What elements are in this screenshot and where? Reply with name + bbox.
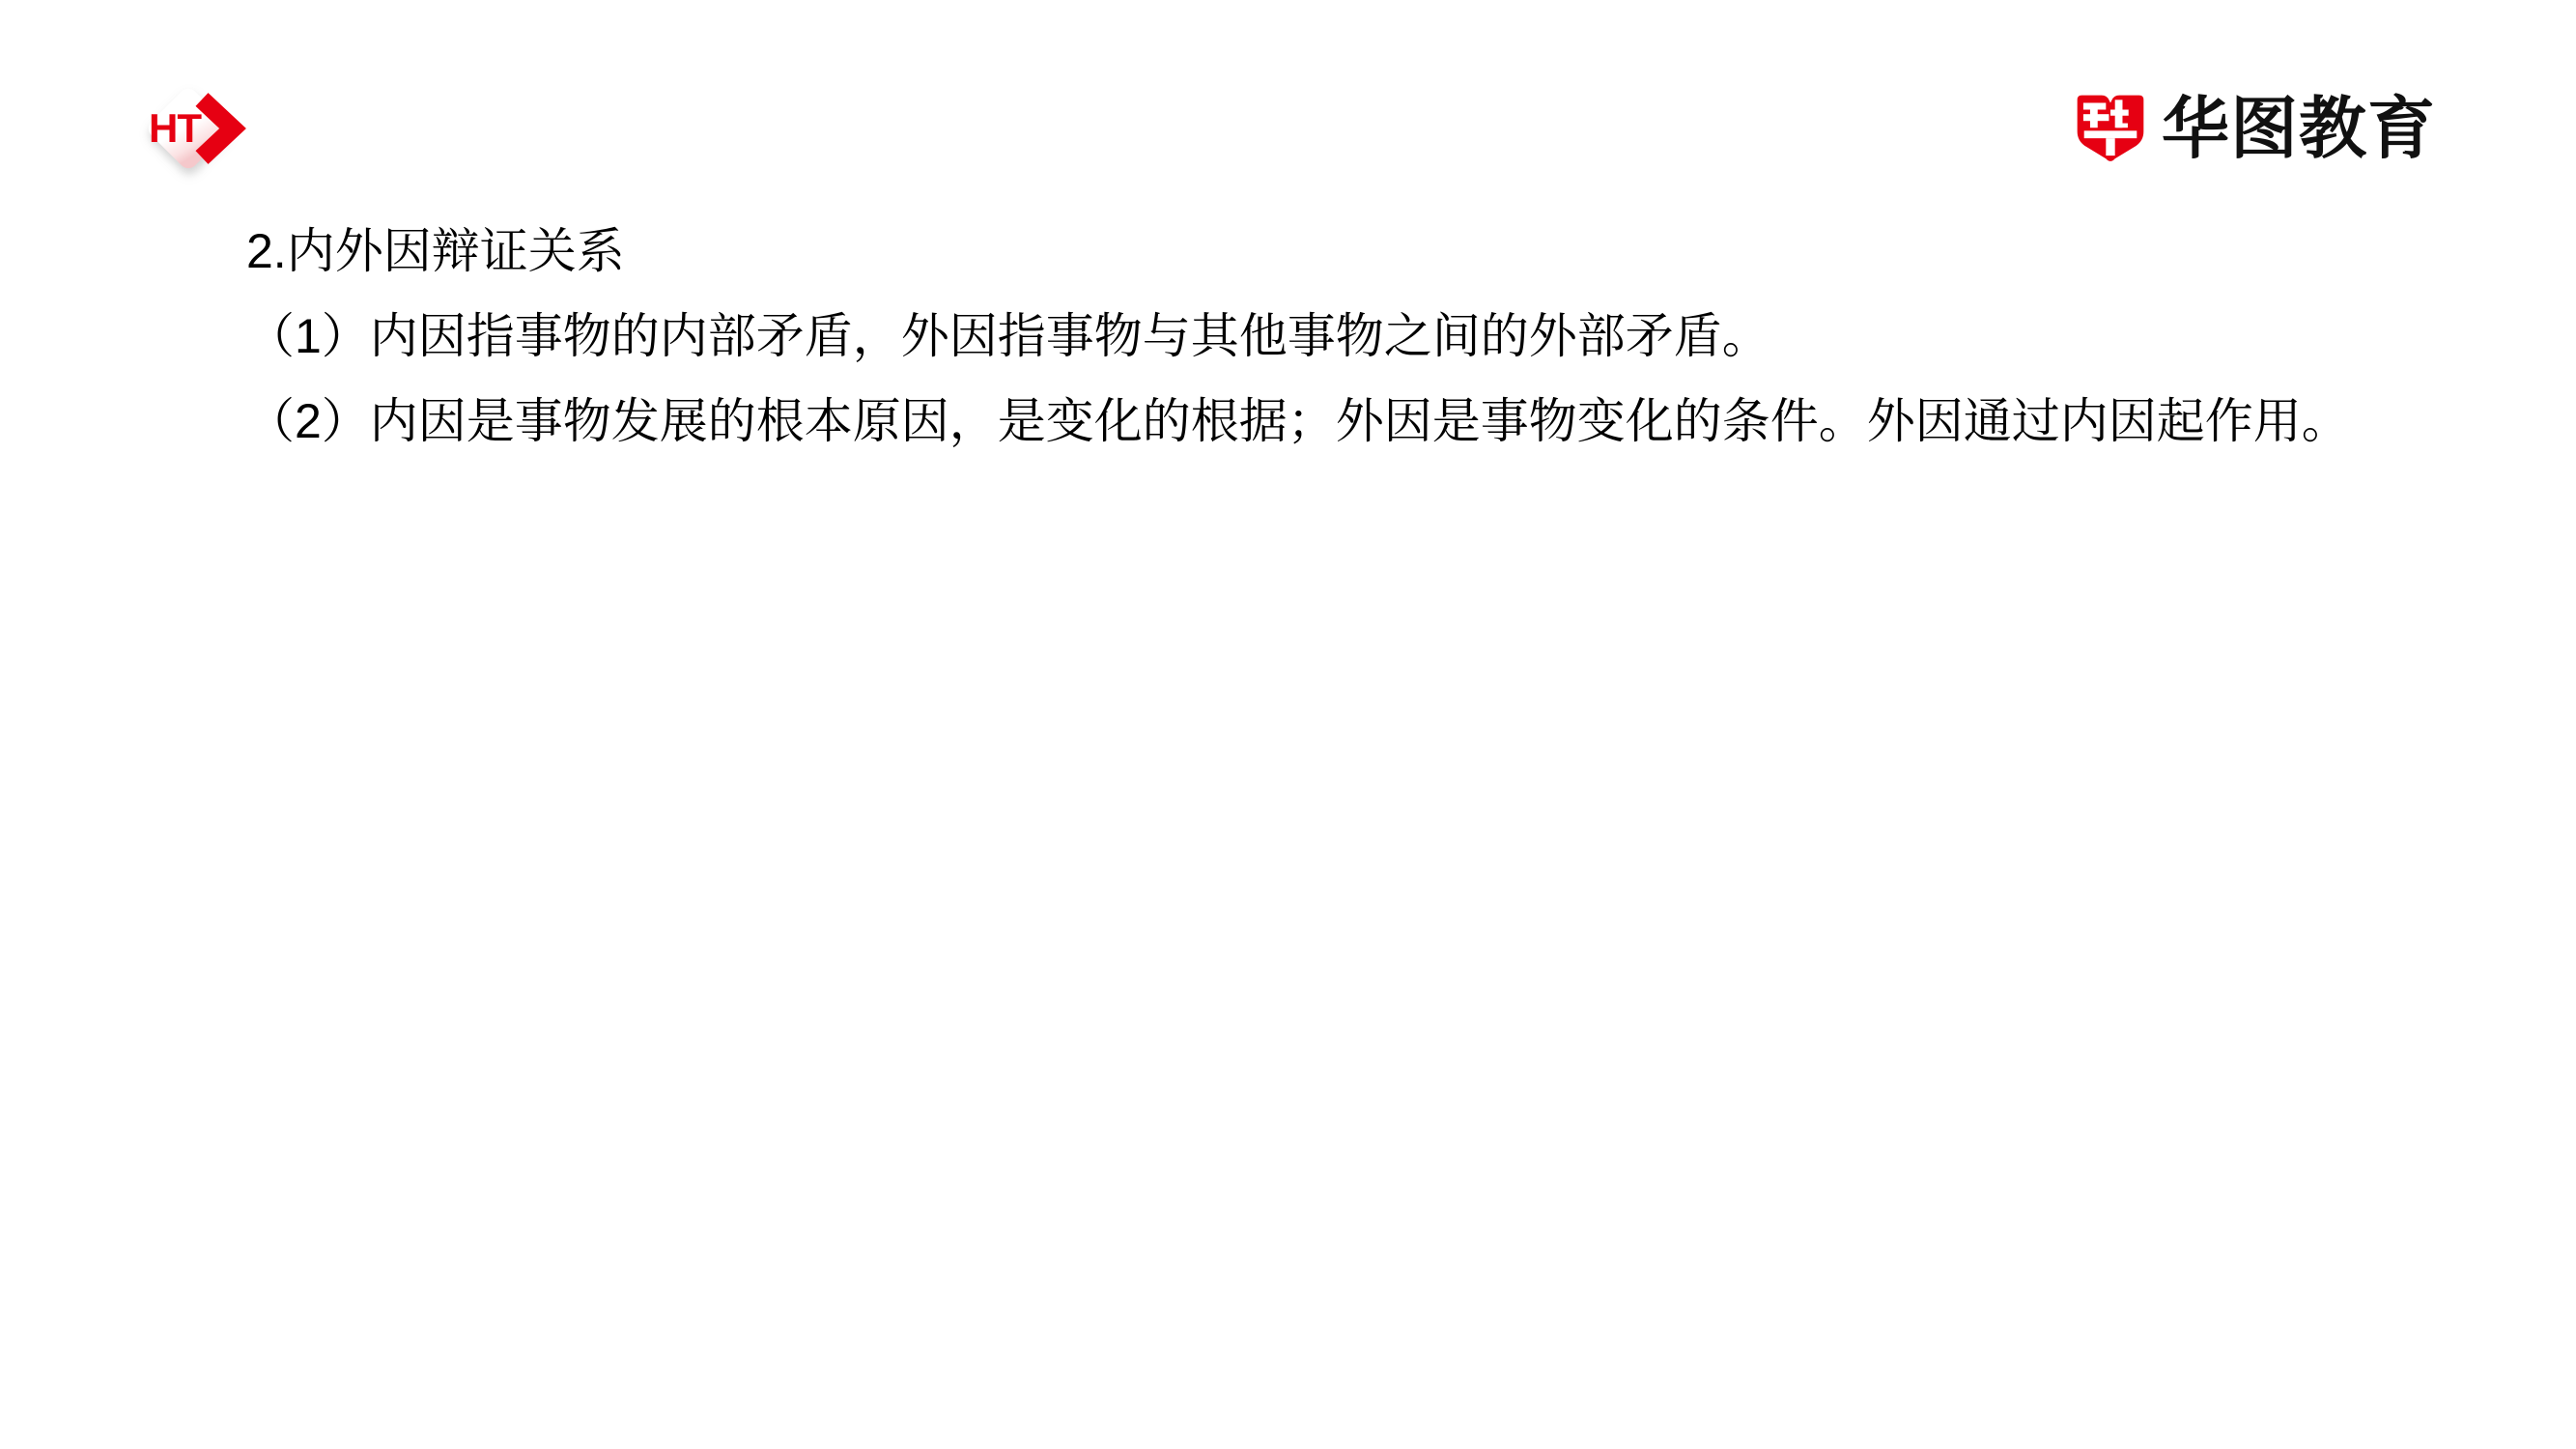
slide-title: 2.内外因辩证关系 [246,209,2468,294]
slide-content: 2.内外因辩证关系 （1）内因指事物的内部矛盾，外因指事物与其他事物之间的外部矛… [246,209,2468,464]
huatu-shield-icon [2073,89,2148,168]
content-point-1: （1）内因指事物的内部矛盾，外因指事物与其他事物之间的外部矛盾。 [246,294,2468,379]
huatu-logo: 华图教育 [2073,89,2436,168]
ht-logo-text: HT [149,105,202,151]
ht-diamond-icon: HT [138,73,256,187]
slide: HT 华图教育 2.内外因辩证关系 （1）内因指事物的内部矛盾，外因指事物与其他… [0,0,2576,1449]
ht-logo: HT [138,73,256,187]
huatu-brand-text: 华图教育 [2162,95,2436,162]
content-point-2: （2）内因是事物发展的根本原因，是变化的根据；外因是事物变化的条件。外因通过内因… [246,379,2468,464]
